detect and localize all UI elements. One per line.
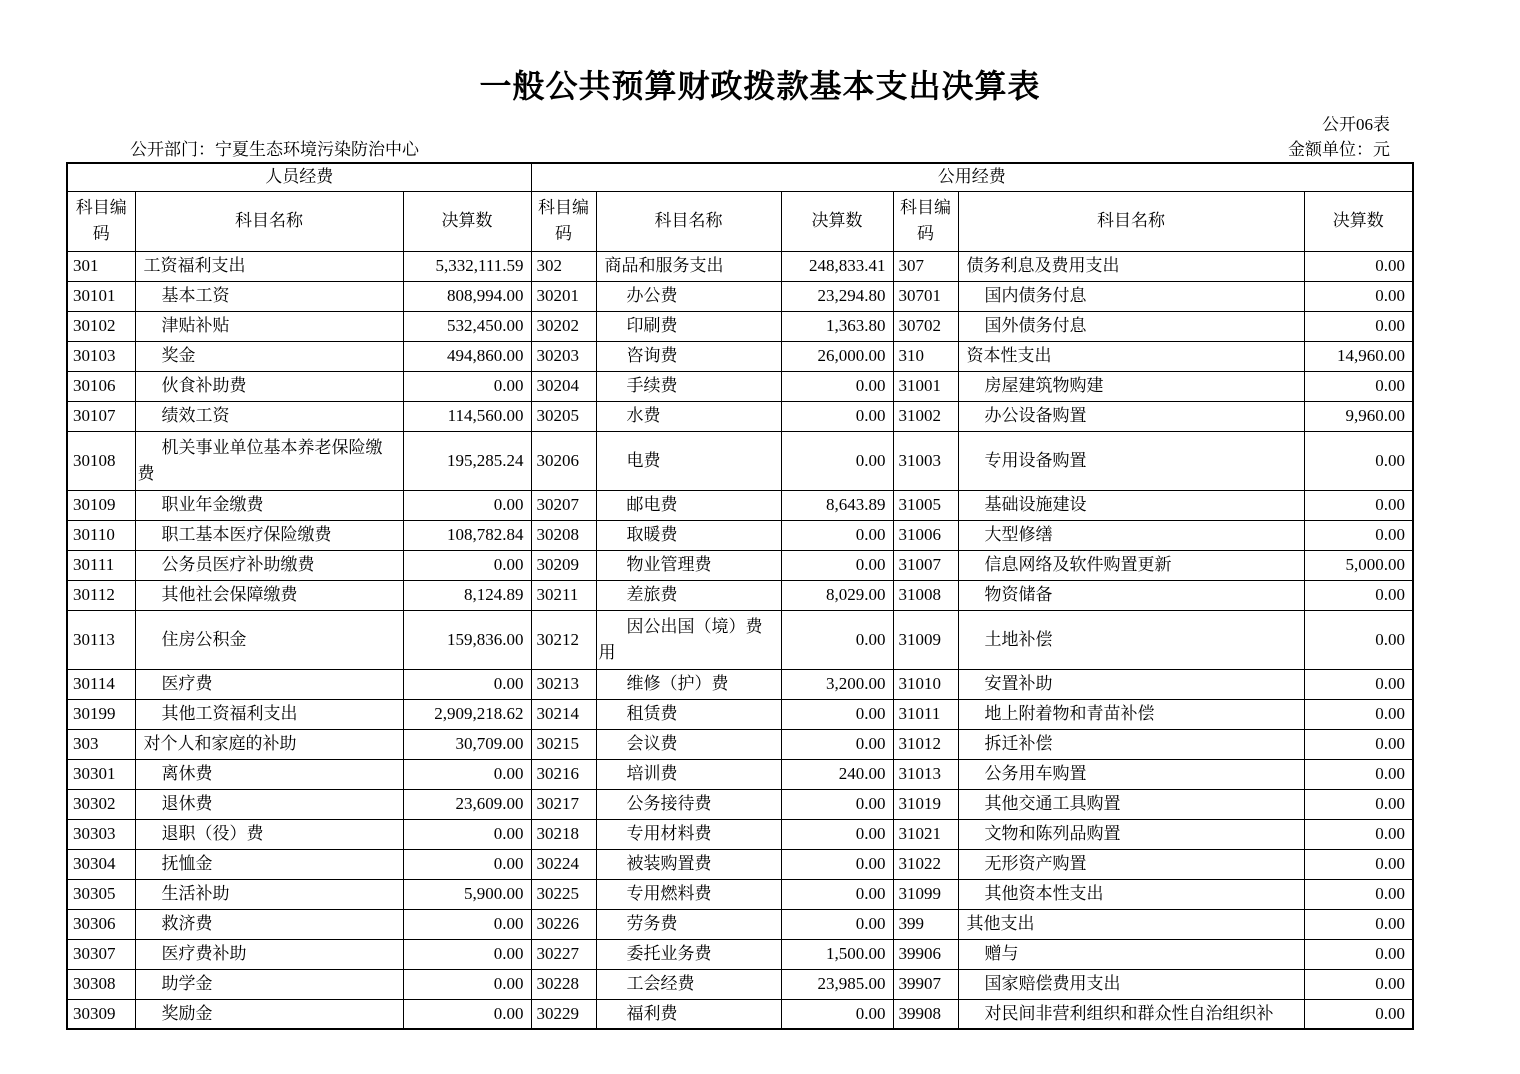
subject-code-cell: 30110	[67, 520, 135, 550]
subject-name-cell: 奖金	[135, 341, 403, 371]
subject-name-cell: 拆迁补偿	[958, 729, 1304, 759]
amount-cell: 0.00	[403, 490, 531, 520]
subject-name-cell: 抚恤金	[135, 849, 403, 879]
subject-name-cell: 公务员医疗补助缴费	[135, 550, 403, 580]
subject-code-cell: 30228	[531, 969, 596, 999]
amount-cell: 0.00	[403, 759, 531, 789]
amount-cell: 3,200.00	[781, 669, 893, 699]
subject-code-cell: 31010	[893, 669, 958, 699]
table-row: 30110职工基本医疗保险缴费108,782.8430208取暖费0.00310…	[67, 520, 1413, 550]
subject-code-cell: 30217	[531, 789, 596, 819]
subject-name-cell: 住房公积金	[135, 610, 403, 669]
subject-code-cell: 30102	[67, 311, 135, 341]
amount-cell: 0.00	[1304, 759, 1413, 789]
table-row: 30303退职（役）费0.0030218专用材料费0.0031021文物和陈列品…	[67, 819, 1413, 849]
document-sheet: 一般公共预算财政拨款基本支出决算表 公开06表 公开部门：宁夏生态环境污染防治中…	[0, 0, 1520, 1074]
amount-cell: 8,029.00	[781, 580, 893, 610]
subject-name-cell: 其他支出	[958, 909, 1304, 939]
subject-name-cell: 职业年金缴费	[135, 490, 403, 520]
group-header-row: 人员经费 公用经费	[67, 163, 1413, 191]
amount-cell: 23,985.00	[781, 969, 893, 999]
column-header-subject-name: 科目名称	[596, 191, 781, 251]
amount-cell: 0.00	[403, 550, 531, 580]
subject-name-cell: 国家赔偿费用支出	[958, 969, 1304, 999]
amount-cell: 0.00	[1304, 879, 1413, 909]
subject-name-cell: 电费	[596, 431, 781, 490]
subject-name-cell: 邮电费	[596, 490, 781, 520]
subject-name-cell: 地上附着物和青苗补偿	[958, 699, 1304, 729]
subject-code-cell: 303	[67, 729, 135, 759]
amount-cell: 114,560.00	[403, 401, 531, 431]
subject-code-cell: 30208	[531, 520, 596, 550]
subject-name-cell: 信息网络及软件购置更新	[958, 550, 1304, 580]
subject-code-cell: 30308	[67, 969, 135, 999]
table-row: 30102津贴补贴532,450.0030202印刷费1,363.8030702…	[67, 311, 1413, 341]
amount-cell: 0.00	[403, 939, 531, 969]
table-row: 30308助学金0.0030228工会经费23,985.0039907国家赔偿费…	[67, 969, 1413, 999]
subject-code-cell: 31013	[893, 759, 958, 789]
amount-cell: 0.00	[403, 999, 531, 1029]
table-row: 30113住房公积金159,836.0030212因公出国（境）费用0.0031…	[67, 610, 1413, 669]
amount-cell: 159,836.00	[403, 610, 531, 669]
group-header-public: 公用经费	[531, 163, 1413, 191]
subject-name-cell: 专用材料费	[596, 819, 781, 849]
amount-cell: 0.00	[1304, 939, 1413, 969]
subject-code-cell: 30227	[531, 939, 596, 969]
subject-code-cell: 30114	[67, 669, 135, 699]
subject-code-cell: 30302	[67, 789, 135, 819]
subject-code-cell: 30201	[531, 281, 596, 311]
subject-code-cell: 30211	[531, 580, 596, 610]
table-row: 301工资福利支出5,332,111.59302商品和服务支出248,833.4…	[67, 251, 1413, 281]
subject-name-cell: 其他社会保障缴费	[135, 580, 403, 610]
subject-code-cell: 30301	[67, 759, 135, 789]
amount-cell: 0.00	[781, 401, 893, 431]
subject-code-cell: 30203	[531, 341, 596, 371]
subject-code-cell: 30307	[67, 939, 135, 969]
subject-code-cell: 30229	[531, 999, 596, 1029]
subject-code-cell: 30205	[531, 401, 596, 431]
amount-cell: 808,994.00	[403, 281, 531, 311]
subject-code-cell: 31012	[893, 729, 958, 759]
subject-name-cell: 印刷费	[596, 311, 781, 341]
subject-code-cell: 30209	[531, 550, 596, 580]
subject-name-cell: 离休费	[135, 759, 403, 789]
subject-code-cell: 31019	[893, 789, 958, 819]
column-header-subject-name: 科目名称	[958, 191, 1304, 251]
amount-cell: 14,960.00	[1304, 341, 1413, 371]
subject-name-cell: 商品和服务支出	[596, 251, 781, 281]
subject-code-cell: 39908	[893, 999, 958, 1029]
subject-code-cell: 30213	[531, 669, 596, 699]
table-row: 30114医疗费0.0030213维修（护）费3,200.0031010安置补助…	[67, 669, 1413, 699]
subject-code-cell: 30305	[67, 879, 135, 909]
subject-code-cell: 31011	[893, 699, 958, 729]
subject-code-cell: 30309	[67, 999, 135, 1029]
table-row: 30109职业年金缴费0.0030207邮电费8,643.8931005基础设施…	[67, 490, 1413, 520]
subject-name-cell: 被装购置费	[596, 849, 781, 879]
subject-code-cell: 30202	[531, 311, 596, 341]
amount-cell: 0.00	[1304, 699, 1413, 729]
amount-cell: 23,294.80	[781, 281, 893, 311]
amount-cell: 5,332,111.59	[403, 251, 531, 281]
subject-name-cell: 租赁费	[596, 699, 781, 729]
subject-name-cell: 维修（护）费	[596, 669, 781, 699]
subject-code-cell: 31003	[893, 431, 958, 490]
subject-name-cell: 对个人和家庭的补助	[135, 729, 403, 759]
subject-name-cell: 因公出国（境）费用	[596, 610, 781, 669]
subject-name-cell: 公务接待费	[596, 789, 781, 819]
subject-name-cell: 救济费	[135, 909, 403, 939]
subject-code-cell: 30103	[67, 341, 135, 371]
amount-cell: 0.00	[1304, 281, 1413, 311]
subject-code-cell: 30111	[67, 550, 135, 580]
subject-name-cell: 土地补偿	[958, 610, 1304, 669]
subject-code-cell: 30107	[67, 401, 135, 431]
amount-cell: 8,124.89	[403, 580, 531, 610]
subject-name-cell: 对民间非营利组织和群众性自治组织补	[958, 999, 1304, 1029]
amount-cell: 0.00	[403, 849, 531, 879]
table-row: 30108机关事业单位基本养老保险缴费195,285.2430206电费0.00…	[67, 431, 1413, 490]
column-header-row: 科目编码 科目名称 决算数 科目编码 科目名称 决算数 科目编码 科目名称 决算…	[67, 191, 1413, 251]
amount-cell: 0.00	[403, 371, 531, 401]
table-row: 303对个人和家庭的补助30,709.0030215会议费0.0031012拆迁…	[67, 729, 1413, 759]
table-row: 30107绩效工资114,560.0030205水费0.0031002办公设备购…	[67, 401, 1413, 431]
amount-cell: 0.00	[781, 909, 893, 939]
amount-cell: 8,643.89	[781, 490, 893, 520]
subject-code-cell: 30212	[531, 610, 596, 669]
subject-code-cell: 31007	[893, 550, 958, 580]
amount-cell: 5,900.00	[403, 879, 531, 909]
unit-label: 金额单位：元	[1288, 138, 1390, 162]
amount-cell: 5,000.00	[1304, 550, 1413, 580]
amount-cell: 0.00	[781, 550, 893, 580]
subject-name-cell: 伙食补助费	[135, 371, 403, 401]
amount-cell: 0.00	[781, 999, 893, 1029]
amount-cell: 108,782.84	[403, 520, 531, 550]
subject-name-cell: 水费	[596, 401, 781, 431]
meta-row: 公开部门：宁夏生态环境污染防治中心 金额单位：元	[0, 138, 1520, 162]
subject-name-cell: 安置补助	[958, 669, 1304, 699]
subject-name-cell: 取暖费	[596, 520, 781, 550]
table-row: 30305生活补助5,900.0030225专用燃料费0.0031099其他资本…	[67, 879, 1413, 909]
subject-name-cell: 国外债务付息	[958, 311, 1304, 341]
subject-code-cell: 30218	[531, 819, 596, 849]
amount-cell: 0.00	[781, 879, 893, 909]
amount-cell: 9,960.00	[1304, 401, 1413, 431]
table-body: 301工资福利支出5,332,111.59302商品和服务支出248,833.4…	[67, 251, 1413, 1029]
amount-cell: 0.00	[403, 969, 531, 999]
amount-cell: 0.00	[781, 371, 893, 401]
amount-cell: 30,709.00	[403, 729, 531, 759]
table-row: 30304抚恤金0.0030224被装购置费0.0031022无形资产购置0.0…	[67, 849, 1413, 879]
amount-cell: 0.00	[1304, 520, 1413, 550]
amount-cell: 0.00	[1304, 819, 1413, 849]
subject-code-cell: 30207	[531, 490, 596, 520]
amount-cell: 0.00	[781, 729, 893, 759]
amount-cell: 0.00	[1304, 431, 1413, 490]
subject-code-cell: 399	[893, 909, 958, 939]
subject-name-cell: 退休费	[135, 789, 403, 819]
subject-name-cell: 绩效工资	[135, 401, 403, 431]
subject-name-cell: 文物和陈列品购置	[958, 819, 1304, 849]
table-row: 30306救济费0.0030226劳务费0.00399其他支出0.00	[67, 909, 1413, 939]
group-header-personnel: 人员经费	[67, 163, 531, 191]
amount-cell: 494,860.00	[403, 341, 531, 371]
table-row: 30103奖金494,860.0030203咨询费26,000.00310资本性…	[67, 341, 1413, 371]
amount-cell: 0.00	[781, 520, 893, 550]
column-header-subject-name: 科目名称	[135, 191, 403, 251]
table-row: 30101基本工资808,994.0030201办公费23,294.803070…	[67, 281, 1413, 311]
amount-cell: 0.00	[403, 909, 531, 939]
subject-name-cell: 房屋建筑物购建	[958, 371, 1304, 401]
amount-cell: 0.00	[781, 789, 893, 819]
amount-cell: 0.00	[781, 819, 893, 849]
subject-name-cell: 办公费	[596, 281, 781, 311]
table-row: 30111公务员医疗补助缴费0.0030209物业管理费0.0031007信息网…	[67, 550, 1413, 580]
subject-code-cell: 30306	[67, 909, 135, 939]
amount-cell: 0.00	[1304, 729, 1413, 759]
subject-code-cell: 30112	[67, 580, 135, 610]
subject-code-cell: 30108	[67, 431, 135, 490]
amount-cell: 240.00	[781, 759, 893, 789]
subject-name-cell: 委托业务费	[596, 939, 781, 969]
subject-code-cell: 30216	[531, 759, 596, 789]
amount-cell: 1,363.80	[781, 311, 893, 341]
subject-code-cell: 30702	[893, 311, 958, 341]
subject-code-cell: 31022	[893, 849, 958, 879]
subject-code-cell: 39906	[893, 939, 958, 969]
amount-cell: 2,909,218.62	[403, 699, 531, 729]
subject-code-cell: 30224	[531, 849, 596, 879]
subject-name-cell: 退职（役）费	[135, 819, 403, 849]
subject-name-cell: 资本性支出	[958, 341, 1304, 371]
subject-name-cell: 其他工资福利支出	[135, 699, 403, 729]
subject-code-cell: 30101	[67, 281, 135, 311]
table-row: 30112其他社会保障缴费8,124.8930211差旅费8,029.00310…	[67, 580, 1413, 610]
subject-code-cell: 31009	[893, 610, 958, 669]
table-row: 30309奖励金0.0030229福利费0.0039908对民间非营利组织和群众…	[67, 999, 1413, 1029]
column-header-amount: 决算数	[781, 191, 893, 251]
subject-name-cell: 基础设施建设	[958, 490, 1304, 520]
subject-name-cell: 奖励金	[135, 999, 403, 1029]
column-header-subject-code: 科目编码	[893, 191, 958, 251]
table-row: 30302退休费23,609.0030217公务接待费0.0031019其他交通…	[67, 789, 1413, 819]
subject-name-cell: 差旅费	[596, 580, 781, 610]
subject-name-cell: 助学金	[135, 969, 403, 999]
subject-name-cell: 债务利息及费用支出	[958, 251, 1304, 281]
subject-code-cell: 30214	[531, 699, 596, 729]
subject-name-cell: 专用燃料费	[596, 879, 781, 909]
subject-code-cell: 30701	[893, 281, 958, 311]
subject-code-cell: 30215	[531, 729, 596, 759]
amount-cell: 0.00	[1304, 789, 1413, 819]
subject-code-cell: 301	[67, 251, 135, 281]
subject-name-cell: 培训费	[596, 759, 781, 789]
subject-code-cell: 307	[893, 251, 958, 281]
subject-name-cell: 物业管理费	[596, 550, 781, 580]
amount-cell: 0.00	[1304, 490, 1413, 520]
subject-name-cell: 手续费	[596, 371, 781, 401]
amount-cell: 0.00	[1304, 251, 1413, 281]
amount-cell: 248,833.41	[781, 251, 893, 281]
subject-code-cell: 30225	[531, 879, 596, 909]
amount-cell: 0.00	[1304, 969, 1413, 999]
subject-code-cell: 30199	[67, 699, 135, 729]
form-number: 公开06表	[0, 112, 1520, 138]
subject-name-cell: 无形资产购置	[958, 849, 1304, 879]
amount-cell: 0.00	[1304, 610, 1413, 669]
table-row: 30301离休费0.0030216培训费240.0031013公务用车购置0.0…	[67, 759, 1413, 789]
subject-name-cell: 其他资本性支出	[958, 879, 1304, 909]
subject-name-cell: 物资储备	[958, 580, 1304, 610]
amount-cell: 23,609.00	[403, 789, 531, 819]
amount-cell: 0.00	[1304, 999, 1413, 1029]
amount-cell: 0.00	[1304, 580, 1413, 610]
page-title: 一般公共预算财政拨款基本支出决算表	[0, 64, 1520, 108]
subject-code-cell: 30303	[67, 819, 135, 849]
subject-code-cell: 31006	[893, 520, 958, 550]
column-header-amount: 决算数	[403, 191, 531, 251]
subject-code-cell: 30113	[67, 610, 135, 669]
amount-cell: 195,285.24	[403, 431, 531, 490]
subject-code-cell: 30106	[67, 371, 135, 401]
subject-code-cell: 31008	[893, 580, 958, 610]
subject-code-cell: 30206	[531, 431, 596, 490]
amount-cell: 26,000.00	[781, 341, 893, 371]
amount-cell: 1,500.00	[781, 939, 893, 969]
subject-code-cell: 310	[893, 341, 958, 371]
subject-code-cell: 31099	[893, 879, 958, 909]
subject-name-cell: 劳务费	[596, 909, 781, 939]
amount-cell: 0.00	[781, 610, 893, 669]
table-row: 30106伙食补助费0.0030204手续费0.0031001房屋建筑物购建0.…	[67, 371, 1413, 401]
budget-table: 人员经费 公用经费 科目编码 科目名称 决算数 科目编码 科目名称 决算数 科目…	[66, 162, 1414, 1030]
subject-name-cell: 机关事业单位基本养老保险缴费	[135, 431, 403, 490]
subject-name-cell: 医疗费补助	[135, 939, 403, 969]
amount-cell: 0.00	[1304, 909, 1413, 939]
subject-name-cell: 其他交通工具购置	[958, 789, 1304, 819]
subject-name-cell: 福利费	[596, 999, 781, 1029]
subject-name-cell: 专用设备购置	[958, 431, 1304, 490]
subject-name-cell: 公务用车购置	[958, 759, 1304, 789]
subject-name-cell: 基本工资	[135, 281, 403, 311]
subject-name-cell: 会议费	[596, 729, 781, 759]
subject-code-cell: 30304	[67, 849, 135, 879]
amount-cell: 532,450.00	[403, 311, 531, 341]
subject-name-cell: 咨询费	[596, 341, 781, 371]
column-header-subject-code: 科目编码	[67, 191, 135, 251]
amount-cell: 0.00	[1304, 669, 1413, 699]
subject-name-cell: 医疗费	[135, 669, 403, 699]
amount-cell: 0.00	[1304, 311, 1413, 341]
subject-code-cell: 30226	[531, 909, 596, 939]
subject-name-cell: 工资福利支出	[135, 251, 403, 281]
subject-code-cell: 30204	[531, 371, 596, 401]
subject-name-cell: 国内债务付息	[958, 281, 1304, 311]
subject-name-cell: 办公设备购置	[958, 401, 1304, 431]
subject-code-cell: 39907	[893, 969, 958, 999]
table-row: 30307医疗费补助0.0030227委托业务费1,500.0039906赠与0…	[67, 939, 1413, 969]
column-header-amount: 决算数	[1304, 191, 1413, 251]
subject-code-cell: 30109	[67, 490, 135, 520]
subject-name-cell: 赠与	[958, 939, 1304, 969]
amount-cell: 0.00	[781, 849, 893, 879]
table-row: 30199其他工资福利支出2,909,218.6230214租赁费0.00310…	[67, 699, 1413, 729]
column-header-subject-code: 科目编码	[531, 191, 596, 251]
subject-code-cell: 31005	[893, 490, 958, 520]
subject-name-cell: 津贴补贴	[135, 311, 403, 341]
subject-name-cell: 工会经费	[596, 969, 781, 999]
amount-cell: 0.00	[403, 819, 531, 849]
amount-cell: 0.00	[781, 699, 893, 729]
amount-cell: 0.00	[403, 669, 531, 699]
subject-code-cell: 302	[531, 251, 596, 281]
subject-code-cell: 31021	[893, 819, 958, 849]
amount-cell: 0.00	[1304, 371, 1413, 401]
subject-name-cell: 大型修缮	[958, 520, 1304, 550]
subject-name-cell: 生活补助	[135, 879, 403, 909]
department-label: 公开部门：宁夏生态环境污染防治中心	[130, 138, 419, 162]
subject-code-cell: 31002	[893, 401, 958, 431]
subject-code-cell: 31001	[893, 371, 958, 401]
amount-cell: 0.00	[1304, 849, 1413, 879]
amount-cell: 0.00	[781, 431, 893, 490]
subject-name-cell: 职工基本医疗保险缴费	[135, 520, 403, 550]
